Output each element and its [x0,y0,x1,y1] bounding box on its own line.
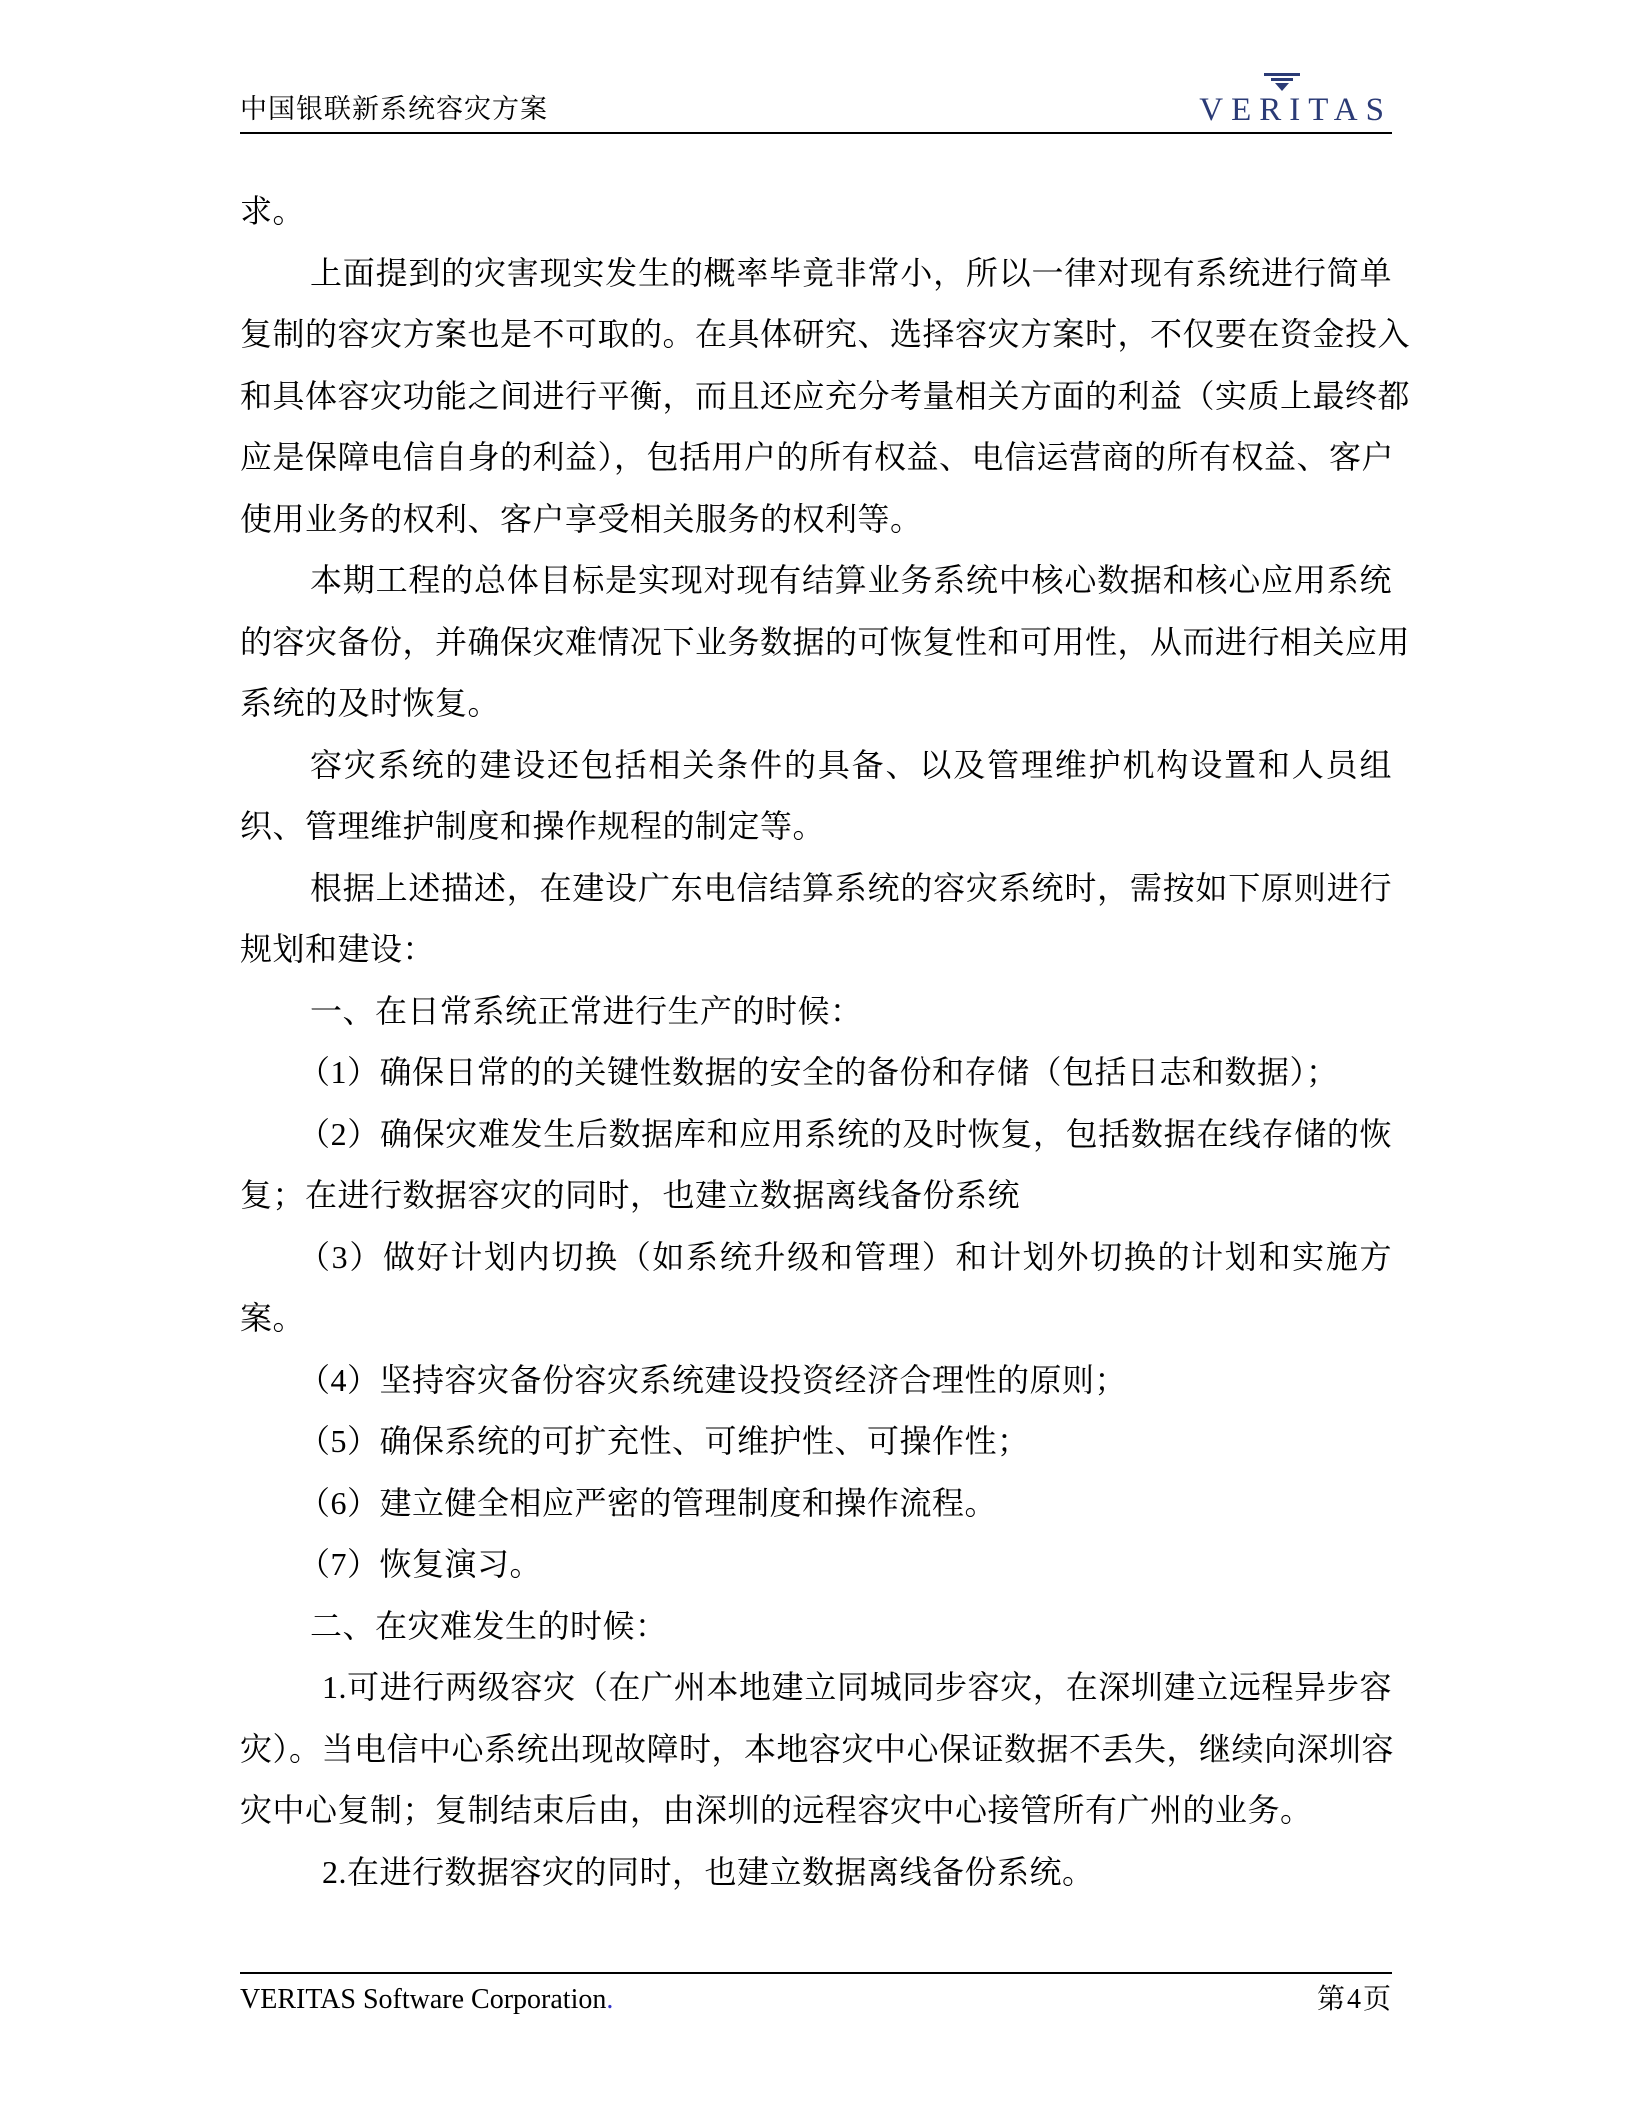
text-line: 复制的容灾方案也是不可取的。在具体研究、选择容灾方案时，不仅要在资金投入 [240,304,1392,366]
veritas-wordmark: VERITAS [1199,94,1392,127]
text-line: 的容灾备份，并确保灾难情况下业务数据的可恢复性和可用性，从而进行相关应用 [240,612,1392,674]
document-body: 求。 上面提到的灾害现实发生的概率毕竟非常小，所以一律对现有系统进行简单 复制的… [240,181,1392,1903]
logo-bar-top [1264,73,1300,76]
text-line: （4）坚持容灾备份容灾系统建设投资经济合理性的原则； [240,1350,1392,1412]
text-line: 灾）。当电信中心系统出现故障时，本地容灾中心保证数据不丢失，继续向深圳容 [240,1719,1392,1781]
text-line: （5）确保系统的可扩充性、可维护性、可操作性； [240,1411,1392,1473]
text-line: 和具体容灾功能之间进行平衡，而且还应充分考量相关方面的利益（实质上最终都 [240,366,1392,428]
veritas-logo: VERITAS [1199,73,1392,132]
text-line: 一、在日常系统正常进行生产的时候： [240,981,1392,1043]
text-line: 应是保障电信自身的利益），包括用户的所有权益、电信运营商的所有权益、客户 [240,427,1392,489]
footer-company-period: . [606,1984,613,2015]
footer-company: VERITAS Software Corporation. [240,1983,613,2017]
page-header: 中国银联新系统容灾方案 VERITAS [240,76,1392,134]
logo-triangle-tip [1275,83,1289,91]
text-line: 案。 [240,1288,1392,1350]
document-page: 中国银联新系统容灾方案 VERITAS 求。 上面提到的灾害现实发生的概率毕竟非… [0,0,1632,2112]
text-line: 织、管理维护制度和操作规程的制定等。 [240,796,1392,858]
page-footer: VERITAS Software Corporation. 第4页 [240,1972,1392,2017]
footer-page-number: 第4页 [1316,1983,1392,2017]
logo-bar-middle [1271,78,1293,81]
page-number-value: 4 [1346,1984,1362,2015]
text-line: （7）恢复演习。 [240,1534,1392,1596]
text-line: （1）确保日常的的关键性数据的安全的备份和存储（包括日志和数据）； [240,1042,1392,1104]
text-line: 上面提到的灾害现实发生的概率毕竟非常小，所以一律对现有系统进行简单 [240,243,1392,305]
text-line: 二、在灾难发生的时候： [240,1596,1392,1658]
text-line: 求。 [240,181,1392,243]
veritas-triangle-icon [1264,73,1300,91]
text-line: 规划和建设： [240,919,1392,981]
text-line: （2）确保灾难发生后数据库和应用系统的及时恢复，包括数据在线存储的恢 [240,1104,1392,1166]
header-title: 中国银联新系统容灾方案 [240,96,548,132]
text-line: 灾中心复制；复制结束后由，由深圳的远程容灾中心接管所有广州的业务。 [240,1780,1392,1842]
text-line: 复；在进行数据容灾的同时，也建立数据离线备份系统 [240,1165,1392,1227]
page-number-prefix: 第 [1316,1984,1346,2015]
text-line: 本期工程的总体目标是实现对现有结算业务系统中核心数据和核心应用系统 [240,550,1392,612]
text-line: 系统的及时恢复。 [240,673,1392,735]
page-number-suffix: 页 [1362,1984,1392,2015]
text-line: （6）建立健全相应严密的管理制度和操作流程。 [240,1473,1392,1535]
text-line: 容灾系统的建设还包括相关条件的具备、以及管理维护机构设置和人员组 [240,735,1392,797]
text-line: 1.可进行两级容灾（在广州本地建立同城同步容灾，在深圳建立远程异步容 [240,1657,1392,1719]
text-line: 使用业务的权利、客户享受相关服务的权利等。 [240,489,1392,551]
text-line: 根据上述描述，在建设广东电信结算系统的容灾系统时，需按如下原则进行 [240,858,1392,920]
footer-company-text: VERITAS Software Corporation [240,1984,606,2015]
text-line: （3）做好计划内切换（如系统升级和管理）和计划外切换的计划和实施方 [240,1227,1392,1289]
text-line: 2.在进行数据容灾的同时，也建立数据离线备份系统。 [240,1842,1392,1904]
